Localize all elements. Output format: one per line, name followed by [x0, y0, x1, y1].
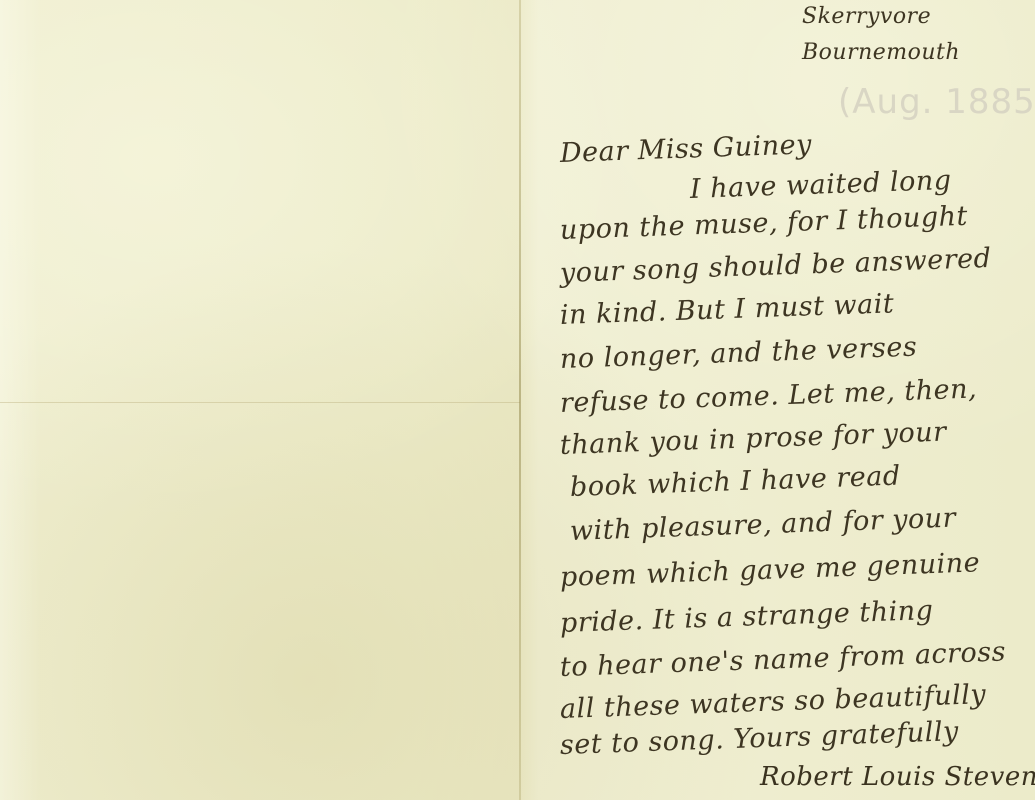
letter-sheet: Skerryvore Bournemouth (Aug. 1885) Dear … [0, 0, 1035, 800]
letter-line: with pleasure, and for your [569, 503, 956, 547]
letter-line: pride. It is a strange thing [559, 595, 933, 639]
letter-line: your song should be answered [559, 243, 991, 289]
address-line-2: Bournemouth [802, 40, 960, 65]
letter-line: in kind. But I must wait [559, 288, 894, 331]
letter-line: to hear one's name from across [559, 636, 1006, 683]
signature: Robert Louis Stevenson [760, 762, 1035, 792]
address-line-1: Skerryvore [802, 4, 931, 29]
letter-line: no longer, and the verses [559, 332, 917, 375]
horizontal-fold-crease [0, 402, 520, 403]
right-page-letter: Skerryvore Bournemouth (Aug. 1885) Dear … [520, 0, 1035, 800]
letter-line: poem which gave me genuine [559, 547, 980, 593]
letter-line: I have waited long [689, 165, 952, 205]
salutation: Dear Miss Guiney [559, 129, 812, 169]
paper-edge-highlight [0, 0, 40, 800]
letter-line: book which I have read [569, 460, 901, 503]
letter-line: refuse to come. Let me, then, [559, 373, 977, 419]
left-page-blank [0, 0, 520, 800]
letter-line: upon the muse, for I thought [559, 201, 968, 246]
letter-line: thank you in prose for your [559, 417, 947, 461]
pencil-date-annotation: (Aug. 1885) [838, 82, 1035, 122]
